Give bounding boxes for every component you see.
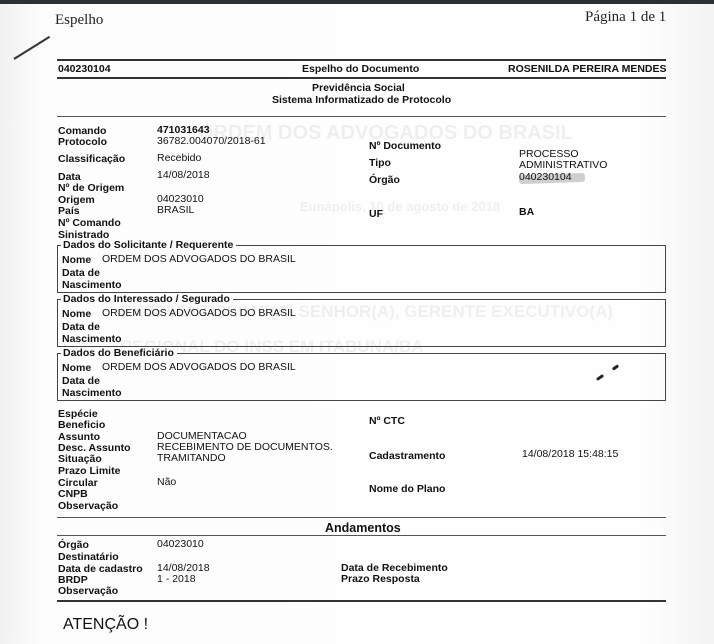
field-value: BRASIL <box>157 205 194 216</box>
field-value: 1 - 2018 <box>157 574 196 585</box>
field-label: Destinatário <box>58 552 119 563</box>
field-label: Situação <box>58 454 102 465</box>
field-label: Nome <box>62 363 91 374</box>
field-value: 04023010 <box>157 539 204 550</box>
field-label: CNPB <box>58 489 88 500</box>
field-label: Nº Documento <box>369 141 441 152</box>
field-label: Nascimento <box>62 280 122 291</box>
field-label: Órgão <box>369 175 400 186</box>
field-value: 36782.004070/2018-61 <box>157 136 266 147</box>
document-code: 040230104 <box>58 64 111 75</box>
field-label: Prazo Resposta <box>341 574 420 585</box>
box-title: Dados do Beneficiário <box>61 347 177 359</box>
field-label: Nome do Plano <box>369 484 445 495</box>
field-label: Prazo Limite <box>58 466 120 477</box>
field-value: BA <box>519 207 534 218</box>
field-value: 14/08/2018 15:48:15 <box>522 449 618 460</box>
document-page: ORDEM DOS ADVOGADOS DO BRASIL Eunápolis,… <box>0 4 714 644</box>
field-label: Observação <box>58 501 118 512</box>
field-label: Protocolo <box>58 137 107 148</box>
field-value: 040230104 <box>519 172 572 183</box>
field-label: Nº de Origem <box>58 183 124 194</box>
divider <box>57 600 666 602</box>
attention-heading: ATENÇÃO ! <box>63 616 148 634</box>
divider <box>57 59 666 61</box>
field-label: Nº CTC <box>369 416 405 427</box>
beneficiary-box: Dados do Beneficiário Nome ORDEM DOS ADV… <box>57 353 666 401</box>
field-value: TRAMITANDO <box>157 453 226 464</box>
field-label: Nome <box>62 255 91 266</box>
box-title: Dados do Solicitante / Requerente <box>61 239 236 251</box>
field-value: Não <box>157 477 176 488</box>
field-value: Recebido <box>157 153 201 164</box>
field-label: Nome <box>62 309 91 320</box>
field-label: Cadastramento <box>369 451 445 462</box>
watermark-line: Eunápolis, 10 de agosto de 2018 <box>300 199 500 214</box>
header-left-label: Espelho <box>55 12 103 29</box>
document-title: Espelho do Documento <box>302 64 419 75</box>
field-label: Nascimento <box>62 334 122 345</box>
field-value: 14/08/2018 <box>157 170 210 181</box>
divider <box>57 517 666 518</box>
field-label: Classificação <box>58 154 125 165</box>
field-label: Nº Comando <box>58 218 121 229</box>
owner-name: ROSENILDA PEREIRA MENDES <box>508 64 667 75</box>
field-label: Tipo <box>369 158 391 169</box>
page-indicator: Página 1 de 1 <box>585 9 666 26</box>
field-label: País <box>58 206 80 217</box>
field-label: Data de <box>62 322 100 333</box>
divider <box>57 77 666 79</box>
divider <box>57 535 666 536</box>
pen-mark <box>13 36 50 60</box>
field-label: Órgão <box>58 540 89 551</box>
field-value: ORDEM DOS ADVOGADOS DO BRASIL <box>102 308 296 319</box>
field-label: Data de <box>62 376 100 387</box>
interested-box: Dados do Interessado / Segurado Nome ORD… <box>57 299 666 347</box>
divider <box>57 116 666 117</box>
requester-box: Dados do Solicitante / Requerente Nome O… <box>57 245 666 293</box>
section-title-andamentos: Andamentos <box>325 521 401 535</box>
field-label: Data de <box>62 268 100 279</box>
field-label: Observação <box>58 586 118 597</box>
field-label: Beneficio <box>58 420 105 431</box>
field-value: ADMINISTRATIVO <box>519 160 607 171</box>
box-title: Dados do Interessado / Segurado <box>61 293 233 305</box>
field-value: ORDEM DOS ADVOGADOS DO BRASIL <box>102 362 296 373</box>
org-name: Previdência Social <box>312 83 405 94</box>
field-label: UF <box>369 209 383 220</box>
field-label: Nascimento <box>62 388 122 399</box>
system-name: Sistema Informatizado de Protocolo <box>272 95 451 106</box>
field-value: ORDEM DOS ADVOGADOS DO BRASIL <box>102 254 296 265</box>
